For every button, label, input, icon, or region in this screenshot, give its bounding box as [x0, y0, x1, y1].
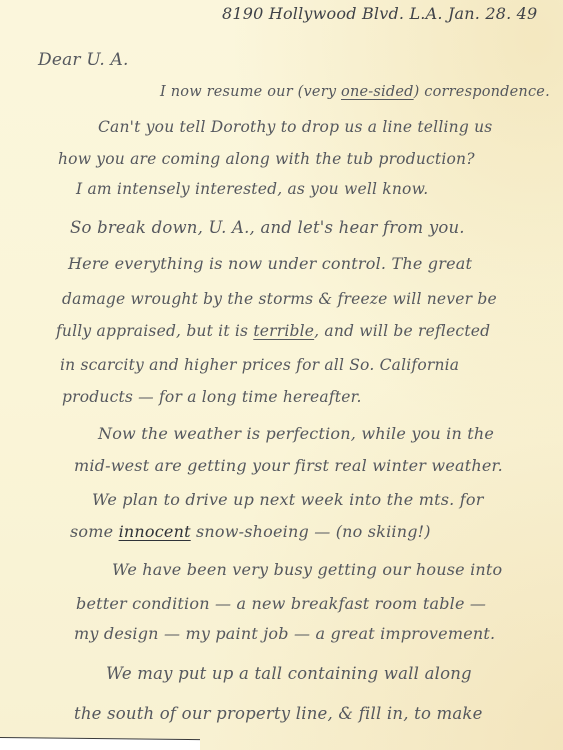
letter-header-address-date: 8190 Hollywood Blvd. L.A. Jan. 28. 49: [222, 4, 537, 23]
letter-line: fully appraised, but it is terrible, and…: [56, 322, 490, 340]
letter-line: Can't you tell Dorothy to drop us a line…: [98, 118, 492, 136]
letter-line: better condition — a new breakfast room …: [76, 594, 486, 613]
letter-line: I am intensely interested, as you well k…: [76, 180, 428, 198]
letter-line: We plan to drive up next week into the m…: [92, 490, 484, 509]
letter-line: I now resume our (very one-sided) corres…: [160, 84, 550, 100]
letter-line: in scarcity and higher prices for all So…: [60, 356, 459, 374]
letter-line: damage wrought by the storms & freeze wi…: [62, 290, 497, 308]
letter-line: Here everything is now under control. Th…: [68, 254, 472, 273]
letter-page: 8190 Hollywood Blvd. L.A. Jan. 28. 49 De…: [0, 0, 563, 750]
letter-line: Now the weather is perfection, while you…: [98, 424, 494, 443]
letter-line: mid-west are getting your first real win…: [74, 456, 503, 475]
letter-line: So break down, U. A., and let's hear fro…: [70, 218, 465, 237]
letter-salutation: Dear U. A.: [38, 50, 129, 70]
letter-line: the south of our property line, & fill i…: [74, 704, 483, 723]
letter-line: products — for a long time hereafter.: [62, 388, 362, 406]
paper-torn-edge: [0, 737, 200, 750]
letter-line: my design — my paint job — a great impro…: [74, 624, 495, 643]
letter-line: some innocent snow-shoeing — (no skiing!…: [70, 522, 431, 541]
letter-line: We have been very busy getting our house…: [112, 560, 502, 579]
letter-line: We may put up a tall containing wall alo…: [106, 664, 472, 683]
letter-line: how you are coming along with the tub pr…: [58, 150, 475, 168]
